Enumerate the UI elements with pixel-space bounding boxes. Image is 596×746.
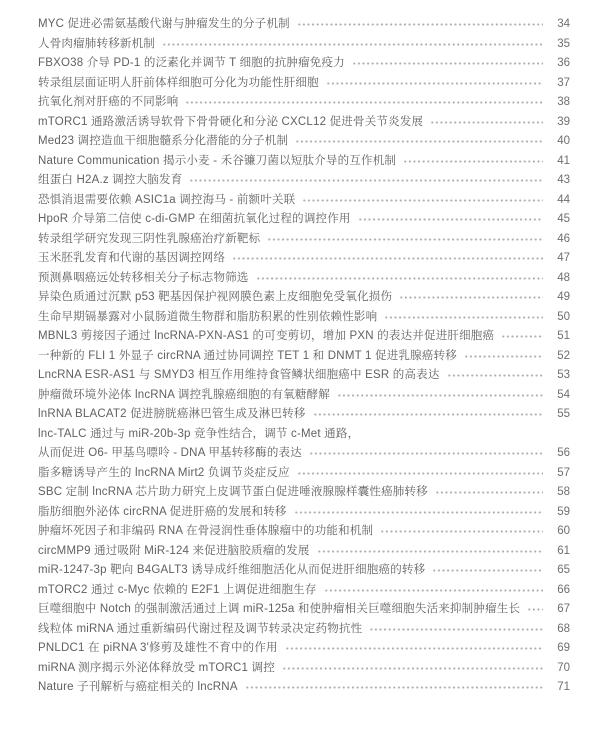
toc-entry-title: 生命早期镉暴露对小鼠肠道微生物群和脂肪积累的性别依赖性影响 (38, 308, 377, 328)
dot-leader (232, 256, 543, 261)
toc-entry: 脂多糖诱导产生的 lncRNA Mirt2 负调节炎症反应 57 (38, 464, 570, 484)
toc-entry-page: 38 (548, 93, 570, 113)
toc-entry: lnc-TALC 通过与 miR-20b-3p 竞争性结合，调节 c-Met 通… (38, 425, 570, 445)
toc-entry-page: 48 (548, 269, 570, 289)
dot-leader (447, 373, 543, 378)
toc-entry-title: 组蛋白 H2A.z 调控大脑发育 (38, 171, 182, 191)
toc-entry: Nature 子刊解析与癌症相关的 lncRNA 71 (38, 678, 570, 698)
toc-entry-title: miRNA 测序揭示外泌体释放受 mTORC1 调控 (38, 659, 275, 679)
toc-entry-page: 44 (548, 191, 570, 211)
dot-leader (326, 81, 543, 86)
dot-leader (162, 42, 543, 47)
toc-entry-title: 恐惧消退需要依赖 ASIC1a 调控海马 - 前额叶关联 (38, 191, 295, 211)
toc-entry: Nature Communication 揭示小麦 - 禾谷镰刀菌以短肽介导的互… (38, 152, 570, 172)
toc-entry-page: 70 (548, 659, 570, 679)
toc-entry-page: 55 (548, 405, 570, 425)
toc-entry-page: 34 (548, 15, 570, 35)
dot-leader (384, 315, 543, 320)
toc-entry-page: 43 (548, 171, 570, 191)
toc-entry: circMMP9 通过吸附 MiR-124 来促进脑胶质瘤的发展 61 (38, 542, 570, 562)
dot-leader (430, 120, 543, 125)
dot-leader (403, 159, 543, 164)
toc-entry-title: 预测鼻咽癌远处转移相关分子标志物筛选 (38, 269, 249, 289)
toc-entry: 肿瘤坏死因子和非编码 RNA 在骨浸润性垂体腺瘤中的功能和机制 60 (38, 522, 570, 542)
toc-entry: SBC 定制 lncRNA 芯片助力研究上皮调节蛋白促进唾液腺腺样囊性癌肺转移 … (38, 483, 570, 503)
toc-entry: 异染色质通过沉默 p53 靶基因保护视网膜色素上皮细胞免受氧化损伤 49 (38, 288, 570, 308)
toc-entry-page: 37 (548, 74, 570, 94)
toc-list: MYC 促进必需氨基酸代谢与肿瘤发生的分子机制 34 人骨肉瘤肺转移新机制 35… (38, 15, 570, 698)
toc-entry: 预测鼻咽癌远处转移相关分子标志物筛选 48 (38, 269, 570, 289)
toc-entry-title: Med23 调控造血干细胞髓系分化潜能的分子机制 (38, 132, 288, 152)
toc-entry-page: 52 (548, 347, 570, 367)
toc-entry: 脂肪细胞外泌体 circRNA 促进肝癌的发展和转移 59 (38, 503, 570, 523)
toc-entry-title: 肿瘤坏死因子和非编码 RNA 在骨浸润性垂体腺瘤中的功能和机制 (38, 522, 373, 542)
toc-entry: 转录组学研究发现三阴性乳腺癌治疗新靶标 46 (38, 230, 570, 250)
toc-entry-title: 玉米胚乳发育和代谢的基因调控网络 (38, 249, 225, 269)
toc-entry: 人骨肉瘤肺转移新机制 35 (38, 35, 570, 55)
toc-entry-page: 71 (548, 678, 570, 698)
dot-leader (317, 549, 543, 554)
dot-leader (464, 354, 543, 359)
toc-entry-title: 异染色质通过沉默 p53 靶基因保护视网膜色素上皮细胞免受氧化损伤 (38, 288, 392, 308)
toc-entry-title: SBC 定制 lncRNA 芯片助力研究上皮调节蛋白促进唾液腺腺样囊性癌肺转移 (38, 483, 428, 503)
toc-entry-page: 56 (548, 444, 570, 464)
toc-entry-title: LncRNA ESR-AS1 与 SMYD3 相互作用维持食管鳞状细胞癌中 ES… (38, 366, 440, 386)
dot-leader (189, 178, 543, 183)
dot-leader (285, 646, 543, 651)
toc-entry-title: FBXO38 介导 PD-1 的泛素化并调节 T 细胞的抗肿瘤免疫力 (38, 54, 345, 74)
toc-entry-title: mTORC2 通过 c-Myc 依赖的 E2F1 上调促进细胞生存 (38, 581, 317, 601)
dot-leader (295, 139, 543, 144)
dot-leader (185, 100, 543, 105)
toc-entry-title: MBNL3 剪接因子通过 lncRNA-PXN-AS1 的可变剪切，增加 PXN… (38, 327, 494, 347)
toc-entry: miR-1247-3p 靶向 B4GALT3 诱导成纤维细胞活化从而促进肝细胞癌… (38, 561, 570, 581)
toc-entry-title: lnRNA BLACAT2 促进膀胱癌淋巴管生成及淋巴转移 (38, 405, 306, 425)
toc-entry-page: 69 (548, 639, 570, 659)
dot-leader (313, 412, 543, 417)
toc-entry: 抗氧化剂对肝癌的不同影响 38 (38, 93, 570, 113)
toc-entry-page: 36 (548, 54, 570, 74)
toc-entry-page: 53 (548, 366, 570, 386)
dot-leader (432, 568, 543, 573)
toc-entry-page: 58 (548, 483, 570, 503)
dot-leader (267, 237, 543, 242)
toc-entry: 一种新的 FLI 1 外显子 circRNA 通过协同调控 TET 1 和 DN… (38, 347, 570, 367)
toc-entry-page: 49 (548, 288, 570, 308)
dot-leader (380, 529, 543, 534)
toc-entry: 组蛋白 H2A.z 调控大脑发育 43 (38, 171, 570, 191)
toc-entry: MYC 促进必需氨基酸代谢与肿瘤发生的分子机制 34 (38, 15, 570, 35)
toc-entry-title: 脂多糖诱导产生的 lncRNA Mirt2 负调节炎症反应 (38, 464, 290, 484)
toc-entry-page: 41 (548, 152, 570, 172)
toc-entry-page: 39 (548, 113, 570, 133)
toc-entry-title: PNLDC1 在 piRNA 3'修剪及雄性不育中的作用 (38, 639, 278, 659)
toc-entry-title: mTORC1 通路激活诱导软骨下骨骨硬化和分泌 CXCL12 促进骨关节炎发展 (38, 113, 423, 133)
toc-entry-title: lnc-TALC 通过与 miR-20b-3p 竞争性结合，调节 c-Met 通… (38, 425, 359, 445)
toc-entry-page: 35 (548, 35, 570, 55)
toc-entry: 肿瘤微环境外泌体 lncRNA 调控乳腺癌细胞的有氧糖酵解 54 (38, 386, 570, 406)
dot-leader (352, 61, 543, 66)
toc-entry-title: circMMP9 通过吸附 MiR-124 来促进脑胶质瘤的发展 (38, 542, 310, 562)
toc-entry: mTORC1 通路激活诱导软骨下骨骨硬化和分泌 CXCL12 促进骨关节炎发展 … (38, 113, 570, 133)
toc-entry-page: 50 (548, 308, 570, 328)
toc-entry: LncRNA ESR-AS1 与 SMYD3 相互作用维持食管鳞状细胞癌中 ES… (38, 366, 570, 386)
toc-entry-title: miR-1247-3p 靶向 B4GALT3 诱导成纤维细胞活化从而促进肝细胞癌… (38, 561, 425, 581)
toc-entry-title: Nature 子刊解析与癌症相关的 lncRNA (38, 678, 238, 698)
toc-entry-title: 抗氧化剂对肝癌的不同影响 (38, 93, 178, 113)
toc-entry: 巨噬细胞中 Notch 的强制激活通过上调 miR-125a 和使肿瘤相关巨噬细… (38, 600, 570, 620)
toc-entry: Med23 调控造血干细胞髓系分化潜能的分子机制 40 (38, 132, 570, 152)
toc-entry: 恐惧消退需要依赖 ASIC1a 调控海马 - 前额叶关联 44 (38, 191, 570, 211)
dot-leader (302, 198, 543, 203)
dot-leader (435, 490, 543, 495)
toc-entry: FBXO38 介导 PD-1 的泛素化并调节 T 细胞的抗肿瘤免疫力 36 (38, 54, 570, 74)
document-page: MYC 促进必需氨基酸代谢与肿瘤发生的分子机制 34 人骨肉瘤肺转移新机制 35… (0, 0, 596, 746)
toc-entry-page: 66 (548, 581, 570, 601)
toc-entry-title: 从而促进 O6- 甲基鸟嘌呤 - DNA 甲基转移酶的表达 (38, 444, 302, 464)
dot-leader (309, 451, 543, 456)
dot-leader (501, 334, 543, 339)
toc-entry: 生命早期镉暴露对小鼠肠道微生物群和脂肪积累的性别依赖性影响 50 (38, 308, 570, 328)
toc-entry-page: 59 (548, 503, 570, 523)
toc-entry-title: 转录组学研究发现三阴性乳腺癌治疗新靶标 (38, 230, 260, 250)
dot-leader (256, 276, 543, 281)
toc-entry: 玉米胚乳发育和代谢的基因调控网络 47 (38, 249, 570, 269)
dot-leader (399, 295, 543, 300)
toc-entry-page: 57 (548, 464, 570, 484)
toc-entry-title: HpoR 介导第二信使 c-di-GMP 在细菌抗氧化过程的调控作用 (38, 210, 351, 230)
toc-entry: PNLDC1 在 piRNA 3'修剪及雄性不育中的作用 69 (38, 639, 570, 659)
dot-leader (358, 217, 543, 222)
toc-entry-page: 68 (548, 620, 570, 640)
toc-entry-page: 46 (548, 230, 570, 250)
toc-entry-page: 54 (548, 386, 570, 406)
toc-entry-title: MYC 促进必需氨基酸代谢与肿瘤发生的分子机制 (38, 15, 290, 35)
toc-entry-page: 65 (548, 561, 570, 581)
toc-entry: lnRNA BLACAT2 促进膀胱癌淋巴管生成及淋巴转移 55 (38, 405, 570, 425)
toc-entry: miRNA 测序揭示外泌体释放受 mTORC1 调控 70 (38, 659, 570, 679)
toc-entry-page: 60 (548, 522, 570, 542)
toc-entry: MBNL3 剪接因子通过 lncRNA-PXN-AS1 的可变剪切，增加 PXN… (38, 327, 570, 347)
toc-entry: 线粒体 miRNA 通过重新编码代谢过程及调节转录决定药物抗性 68 (38, 620, 570, 640)
toc-entry: HpoR 介导第二信使 c-di-GMP 在细菌抗氧化过程的调控作用 45 (38, 210, 570, 230)
dot-leader (324, 588, 543, 593)
toc-entry-title: Nature Communication 揭示小麦 - 禾谷镰刀菌以短肽介导的互… (38, 152, 396, 172)
dot-leader (337, 393, 543, 398)
toc-entry-title: 脂肪细胞外泌体 circRNA 促进肝癌的发展和转移 (38, 503, 287, 523)
dot-leader (527, 607, 543, 612)
toc-entry-title: 转录组层面证明人肝前体样细胞可分化为功能性肝细胞 (38, 74, 319, 94)
dot-leader (297, 471, 543, 476)
toc-entry-page: 40 (548, 132, 570, 152)
toc-entry-page: 45 (548, 210, 570, 230)
toc-entry-title: 线粒体 miRNA 通过重新编码代谢过程及调节转录决定药物抗性 (38, 620, 362, 640)
toc-entry: mTORC2 通过 c-Myc 依赖的 E2F1 上调促进细胞生存 66 (38, 581, 570, 601)
toc-entry-title: 人骨肉瘤肺转移新机制 (38, 35, 155, 55)
toc-entry-page: 51 (548, 327, 570, 347)
dot-leader (294, 510, 543, 515)
dot-leader (297, 22, 543, 27)
toc-entry-page: 61 (548, 542, 570, 562)
toc-entry-title: 一种新的 FLI 1 外显子 circRNA 通过协同调控 TET 1 和 DN… (38, 347, 457, 367)
dot-leader (245, 685, 543, 690)
dot-leader (369, 627, 543, 632)
toc-entry: 转录组层面证明人肝前体样细胞可分化为功能性肝细胞 37 (38, 74, 570, 94)
toc-entry-title: 肿瘤微环境外泌体 lncRNA 调控乳腺癌细胞的有氧糖酵解 (38, 386, 330, 406)
dot-leader (282, 666, 543, 671)
toc-entry-page: 47 (548, 249, 570, 269)
toc-entry: 从而促进 O6- 甲基鸟嘌呤 - DNA 甲基转移酶的表达 56 (38, 444, 570, 464)
toc-entry-title: 巨噬细胞中 Notch 的强制激活通过上调 miR-125a 和使肿瘤相关巨噬细… (38, 600, 520, 620)
toc-entry-page: 67 (548, 600, 570, 620)
